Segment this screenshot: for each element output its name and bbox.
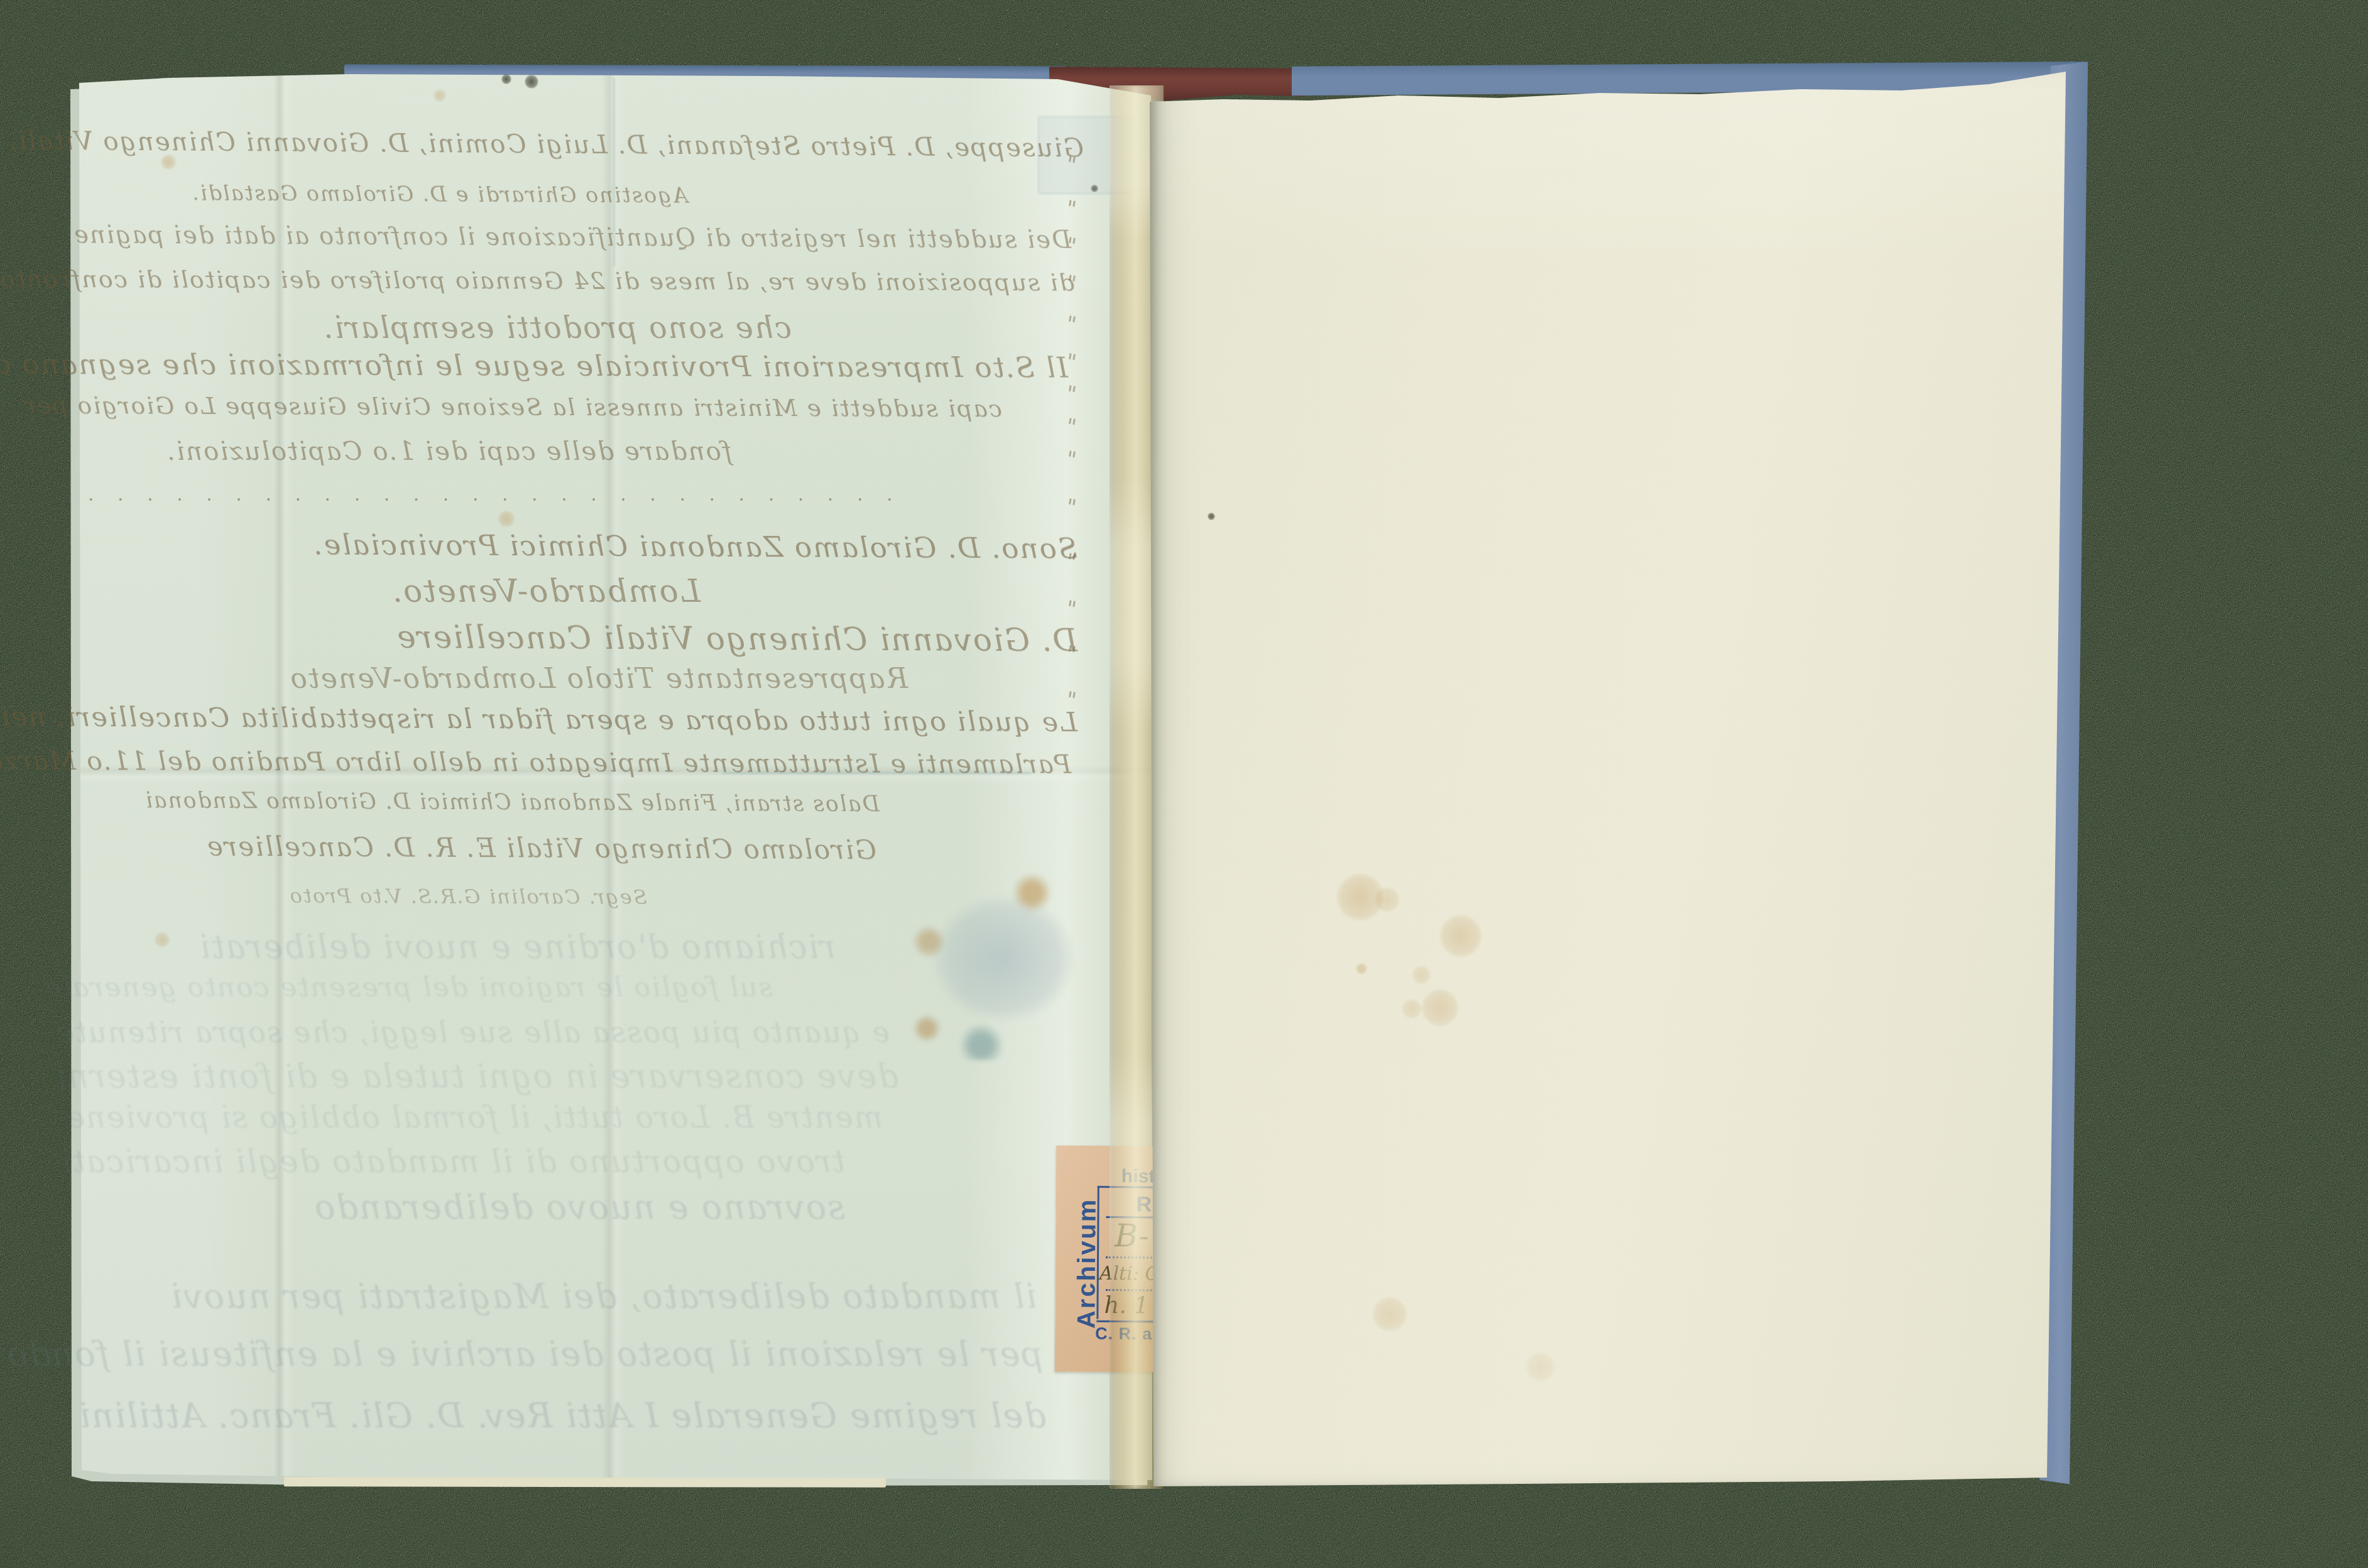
scanned-folio-scene: . . . . . . . . . . . . . . . . . . . . … bbox=[0, 0, 2368, 1568]
right-page bbox=[1147, 63, 2085, 1489]
left-page bbox=[74, 72, 1154, 1485]
protruding-sheet-edge bbox=[284, 1477, 886, 1488]
